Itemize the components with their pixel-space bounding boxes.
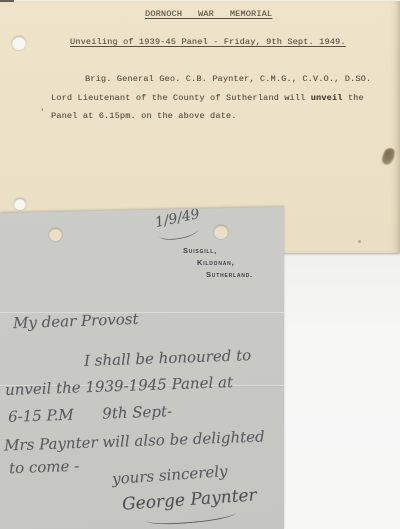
date-underline-flourish xyxy=(159,228,200,243)
scanned-document: DORNOCH WAR MEMORIAL Unveiling of 1939-4… xyxy=(0,0,400,529)
letter-line: I shall be honoured to xyxy=(84,346,252,370)
punch-hole-letter-right xyxy=(214,225,228,239)
background-white-sheet xyxy=(278,248,400,529)
notice-subtitle: Unveiling of 1939-45 Panel - Friday, 9th… xyxy=(70,37,346,47)
letter-line: Mrs Paynter will also be delighted xyxy=(4,427,265,454)
letter-salutation: My dear Provost xyxy=(13,310,139,332)
letterhead-line-kildonan: Kildonan, xyxy=(197,258,234,267)
notice-body-line1: Brig. General Geo. C.B. Paynter, C.M.G.,… xyxy=(85,74,371,84)
ink-stain xyxy=(381,147,397,167)
notice-body-line2-bold: unveil xyxy=(311,93,343,103)
notice-body-line2-pre: Lord Lieutenant of the County of Sutherl… xyxy=(51,93,311,103)
notice-body-line2-post: the xyxy=(343,93,364,103)
handwritten-letter-wrap: 1/9/49 Suisgill, Kildonan, Sutherland. M… xyxy=(0,207,284,529)
stray-typed-mark: ' xyxy=(40,109,44,117)
notice-body-line2: Lord Lieutenant of the County of Sutherl… xyxy=(51,93,364,103)
notice-body-line3: Panel at 6.15pm. on the above date. xyxy=(51,111,237,121)
letter-line: 6-15 P.M 9th Sept- xyxy=(8,402,173,426)
scan-edge-artifact xyxy=(0,0,14,2)
letter-line: unveil the 1939-1945 Panel at xyxy=(5,373,233,399)
handwritten-letter-page: 1/9/49 Suisgill, Kildonan, Sutherland. M… xyxy=(0,207,284,529)
punch-hole-letter-left xyxy=(49,228,62,241)
notice-title: DORNOCH WAR MEMORIAL xyxy=(145,9,272,19)
letterhead-line-suisgill: Suisgill, xyxy=(183,246,217,255)
letterhead-line-sutherland: Sutherland. xyxy=(206,270,253,279)
punch-hole-notice-top xyxy=(12,36,26,50)
letter-closing: yours sincerely xyxy=(112,462,229,488)
letter-signature: George Paynter xyxy=(121,485,257,514)
paper-speck xyxy=(358,240,361,243)
signature-underline-flourish xyxy=(146,512,236,527)
letter-line: to come - xyxy=(9,457,80,477)
